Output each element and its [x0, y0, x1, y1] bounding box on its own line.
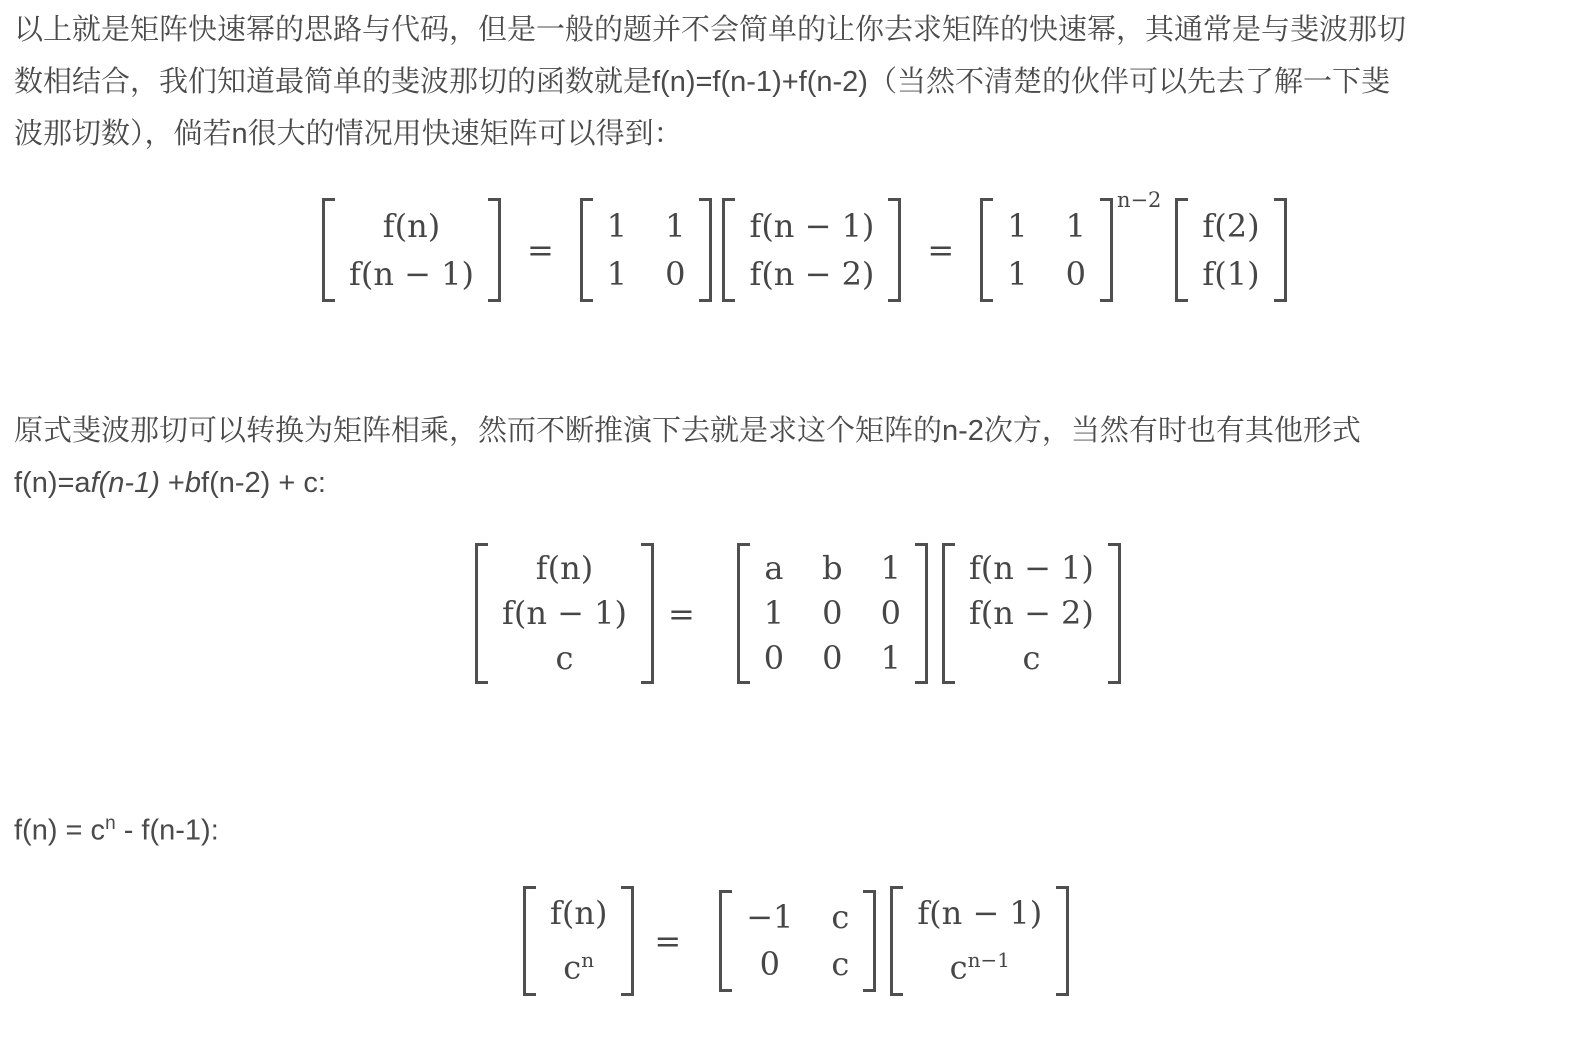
paragraph-intro: 以上就是矩阵快速幂的思路与代码，但是一般的题并不会简单的让你去求矩阵的快速幂，其… — [14, 4, 1406, 160]
lhs-state-vector: f(n) f(n − 1) — [322, 198, 501, 302]
matrix-cell: 1 — [607, 202, 627, 250]
matrix-cell: 0 — [764, 636, 784, 681]
left-bracket-icon — [475, 543, 488, 684]
matrix-cell: f(n − 1) — [349, 250, 474, 298]
formula-part: f(n)=a — [14, 467, 91, 499]
right-bracket-icon — [888, 198, 901, 302]
matrix-exponent: n−2 — [1117, 188, 1161, 212]
right-bracket-icon — [1100, 198, 1113, 302]
matrix-cell: c — [831, 894, 849, 941]
matrix-cell: f(n) — [383, 202, 440, 250]
matrix-cell: a — [764, 546, 783, 591]
matrix-cell: 0 — [1066, 250, 1086, 298]
superscript: n — [581, 948, 594, 972]
left-bracket-icon — [322, 198, 335, 302]
matrix-cell: 0 — [822, 591, 842, 636]
matrix-cell: cn−1 — [950, 937, 1010, 992]
right-bracket-icon — [915, 543, 928, 684]
rhs-state-vector: f(n − 1) f(n − 2) — [722, 198, 901, 302]
matrix-cell: f(n − 1) — [749, 202, 874, 250]
matrix-cell: f(n − 2) — [969, 591, 1094, 636]
initial-vector: f(2) f(1) — [1175, 198, 1286, 302]
right-bracket-icon — [863, 890, 876, 992]
left-bracket-icon — [737, 543, 750, 684]
right-bracket-icon — [1274, 198, 1287, 302]
paragraph-cn-form: f(n) = cn - f(n-1): — [14, 798, 219, 857]
matrix-cell: 1 — [1066, 202, 1086, 250]
formula-line: f(n)=af(n-1) +bf(n-2) + c: — [14, 457, 1361, 509]
right-bracket-icon — [641, 543, 654, 684]
formula-part-italic: f(n-1) — [91, 467, 160, 499]
right-bracket-icon — [699, 198, 712, 302]
matrix-cell: b — [822, 546, 842, 591]
left-bracket-icon — [1175, 198, 1188, 302]
superscript: n — [105, 813, 116, 834]
equals-sign: = — [927, 231, 954, 269]
equation-fibonacci-matrix: f(n) f(n − 1) = 1 1 1 0 f(n − 1) f(n − 2… — [322, 198, 1287, 302]
matrix-cell: c — [831, 941, 849, 988]
left-bracket-icon — [942, 543, 955, 684]
paragraph-general-form: 原式斐波那切可以转换为矩阵相乘，然而不断推演下去就是求这个矩阵的n-2次方，当然… — [14, 405, 1361, 509]
matrix-cell: cn — [563, 937, 594, 992]
matrix-cell: f(2) — [1202, 202, 1259, 250]
matrix-cell: 1 — [764, 591, 784, 636]
formula-part-italic: b — [185, 467, 201, 499]
left-bracket-icon — [722, 198, 735, 302]
equation-general-form-matrix: f(n) f(n − 1) c = a b 1 1 0 0 0 0 1 f(n … — [475, 543, 1121, 684]
matrix-cell: 1 — [1007, 202, 1027, 250]
matrix-cell: −1 — [746, 894, 793, 941]
matrix-cell: f(1) — [1202, 250, 1259, 298]
right-bracket-icon — [1108, 543, 1121, 684]
formula-part: f(n-2) + c: — [201, 467, 326, 499]
matrix-cell: 0 — [881, 591, 901, 636]
matrix-cell: c — [556, 636, 574, 681]
matrix-cell: 0 — [665, 250, 685, 298]
lhs-state-vector: f(n) cn — [523, 886, 634, 996]
superscript: n−1 — [968, 948, 1010, 972]
matrix-cell: 1 — [665, 202, 685, 250]
rhs-state-vector: f(n − 1) cn−1 — [890, 886, 1069, 996]
lhs-state-vector: f(n) f(n − 1) c — [475, 543, 654, 684]
equals-sign: = — [654, 922, 681, 960]
matrix-cell: f(n) — [536, 546, 593, 591]
matrix-cell: f(n − 2) — [749, 250, 874, 298]
coefficient-matrix: a b 1 1 0 0 0 0 1 — [737, 543, 928, 684]
formula-part: - f(n-1): — [116, 815, 219, 847]
text-line: 原式斐波那切可以转换为矩阵相乘，然而不断推演下去就是求这个矩阵的n-2次方，当然… — [14, 405, 1361, 457]
matrix-cell: 0 — [760, 941, 780, 988]
text-line: 以上就是矩阵快速幂的思路与代码，但是一般的题并不会简单的让你去求矩阵的快速幂，其… — [14, 4, 1406, 56]
right-bracket-icon — [488, 198, 501, 302]
matrix-cell: c — [1022, 636, 1040, 681]
left-bracket-icon — [580, 198, 593, 302]
equation-cn-matrix: f(n) cn = −1 c 0 c f(n − 1) cn−1 — [523, 886, 1069, 996]
matrix-cell: 1 — [881, 636, 901, 681]
coefficient-matrix: 1 1 1 0 — [580, 198, 713, 302]
left-bracket-icon — [523, 886, 536, 996]
right-bracket-icon — [1056, 886, 1069, 996]
coefficient-matrix: −1 c 0 c — [719, 890, 876, 992]
left-bracket-icon — [890, 886, 903, 996]
matrix-cell: f(n) — [550, 890, 607, 937]
text-line: 波那切数），倘若n很大的情况用快速矩阵可以得到： — [14, 108, 1406, 160]
matrix-cell: f(n − 1) — [917, 890, 1042, 937]
matrix-cell: f(n − 1) — [502, 591, 627, 636]
left-bracket-icon — [980, 198, 993, 302]
right-bracket-icon — [621, 886, 634, 996]
matrix-cell: 1 — [881, 546, 901, 591]
equals-sign: = — [527, 231, 554, 269]
matrix-cell: f(n − 1) — [969, 546, 1094, 591]
matrix-cell: 1 — [1007, 250, 1027, 298]
formula-part: f(n) = c — [14, 815, 105, 847]
rhs-state-vector: f(n − 1) f(n − 2) c — [942, 543, 1121, 684]
coefficient-matrix-powered: 1 1 1 0 — [980, 198, 1113, 302]
formula-part: + — [160, 467, 185, 499]
equals-sign: = — [668, 595, 695, 633]
text-line: 数相结合，我们知道最简单的斐波那切的函数就是f(n)=f(n-1)+f(n-2)… — [14, 56, 1406, 108]
matrix-cell: 1 — [607, 250, 627, 298]
left-bracket-icon — [719, 890, 732, 992]
matrix-cell: 0 — [822, 636, 842, 681]
